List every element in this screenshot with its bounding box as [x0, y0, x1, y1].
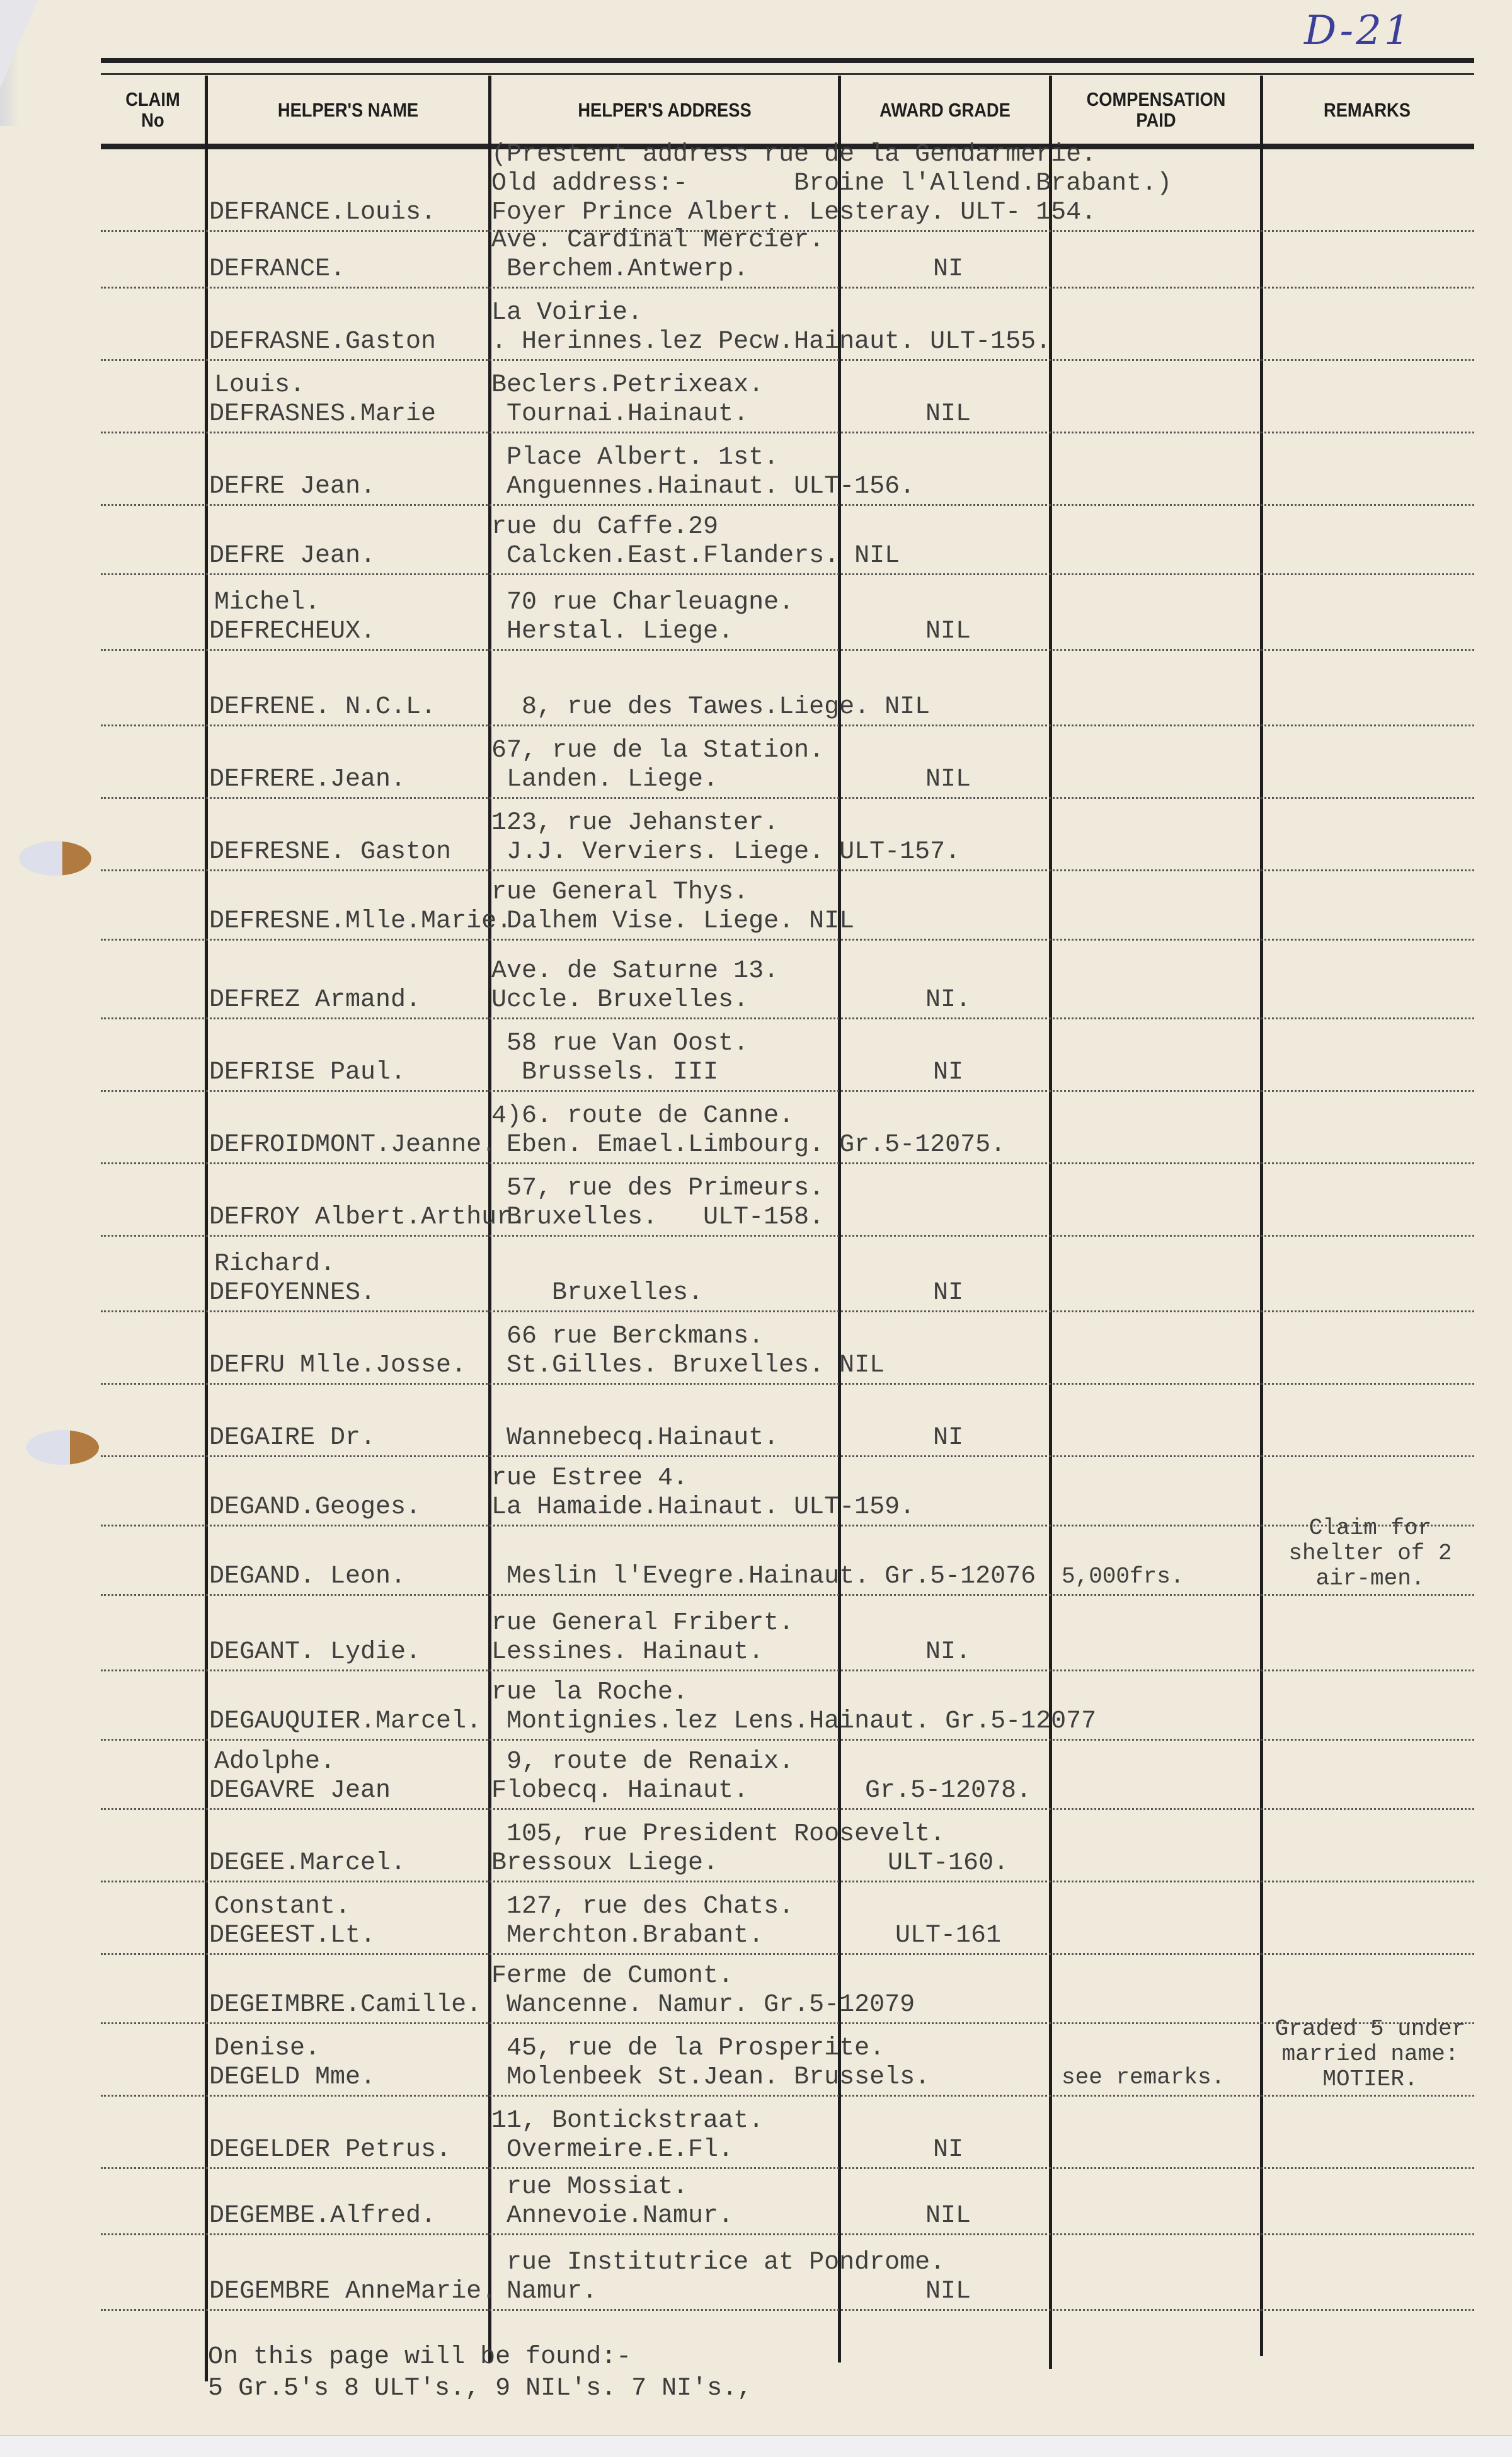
helper-address: Overmeire.E.Fl. — [491, 2136, 733, 2165]
header-rule-thin — [101, 73, 1474, 75]
table-row: Denise.DEGELD Mme. 45, rue de la Prosper… — [101, 2022, 1474, 2097]
helper-address: Foyer Prince Albert. Lesteray. ULT- 154. — [491, 198, 1096, 227]
table-row: DEFRANCE.Ave. Cardinal Mercier. Berchem.… — [101, 230, 1474, 289]
table-row: DEGANT. Lydie.rue General Fribert.Lessin… — [101, 1594, 1474, 1671]
table-row: DEGAND. Leon. Meslin l'Evegre.Hainaut. G… — [101, 1525, 1474, 1596]
column-header-helper-address: HELPER'S ADDRESS — [512, 79, 817, 142]
helper-given-name: Michel. — [214, 588, 320, 617]
table-row: DEGAUQUIER.Marcel.rue la Roche. Montigni… — [101, 1669, 1474, 1741]
helper-name: DEFRESNE.Mlle.Marie. — [209, 907, 512, 936]
award-grade: ULT-160. — [844, 1849, 1052, 1878]
table-row: DEGEIMBRE.Camille.Ferme de Cumont. Wance… — [101, 1953, 1474, 2024]
table-row: DEGEMBE.Alfred. rue Mossiat. Annevoie.Na… — [101, 2167, 1474, 2235]
helper-name: DEGEIMBRE.Camille. — [209, 1991, 481, 2020]
helper-name: DEFRANCE.Louis. — [209, 198, 436, 227]
helper-name: DEGAVRE Jean — [209, 1777, 391, 1806]
award-grade: NIL — [844, 617, 1052, 646]
helper-name: DEGEMBRE AnneMarie. — [209, 2277, 496, 2306]
table-row: DEFRENE. N.C.L. 8, rue des Tawes.Liege. … — [101, 649, 1474, 726]
helper-name: DEFRENE. N.C.L. — [209, 693, 436, 722]
helper-name: DEFRE Jean. — [209, 542, 375, 571]
helper-address-line-1: rue General Fribert. — [491, 1609, 794, 1638]
award-grade: Gr.5-12078. — [844, 1777, 1052, 1806]
column-header-helper-name: HELPER'S NAME — [225, 79, 472, 142]
helper-name: DEGELD Mme. — [209, 2063, 375, 2092]
helper-address: Bruxelles. — [491, 1279, 703, 1308]
helper-address-line-1: Ave. Cardinal Mercier. — [491, 226, 824, 255]
helper-address-line-1: 127, rue des Chats. — [491, 1893, 794, 1921]
helper-name: DEFOYENNES. — [209, 1279, 375, 1308]
helper-address-line-1: 105, rue President Roosevelt. — [491, 1820, 945, 1849]
helper-address: . Herinnes.lez Pecw.Hainaut. ULT-155. — [491, 328, 1051, 357]
helper-address: Annevoie.Namur. — [491, 2202, 733, 2231]
helper-address: Bressoux Liege. — [491, 1849, 718, 1878]
helper-address: Brussels. III — [491, 1058, 718, 1087]
table-row: DEFRESNE.Mlle.Marie.rue General Thys. Da… — [101, 869, 1474, 941]
helper-address: Wannebecq.Hainaut. — [491, 1424, 779, 1453]
award-grade: NI. — [844, 986, 1052, 1015]
helper-address-line-1: 9, route de Renaix. — [491, 1748, 794, 1777]
helper-address-line-1: 58 rue Van Oost. — [491, 1029, 748, 1058]
helper-address: Anguennes.Hainaut. ULT-156. — [491, 472, 915, 501]
helper-address: Meslin l'Evegre.Hainaut. Gr.5-12076 — [491, 1562, 1036, 1591]
award-grade: NI — [844, 1424, 1052, 1453]
helper-given-name: Louis. — [214, 371, 305, 400]
helper-address: J.J. Verviers. Liege. ULT-157. — [491, 838, 960, 867]
helper-given-name: Constant. — [214, 1893, 350, 1921]
helper-name: DEGELDER Petrus. — [209, 2136, 451, 2165]
helper-name: DEGANT. Lydie. — [209, 1638, 421, 1667]
helper-address-line-1: 70 rue Charleuagne. — [491, 588, 794, 617]
punch-hole-bottom — [26, 1430, 99, 1465]
column-header-award-grade: AWARD GRADE — [854, 79, 1036, 142]
helper-name: DEFROY Albert.Arthur. — [209, 1203, 527, 1232]
page-fold-corner — [0, 0, 38, 88]
helper-address: Namur. — [491, 2277, 597, 2306]
helper-address-line-1: Old address:- Broine l'Allend.Brabant.) — [491, 169, 1172, 198]
helper-address-line-1: 4)6. route de Canne. — [491, 1102, 794, 1131]
table-row: Adolphe.DEGAVRE Jean 9, route de Renaix.… — [101, 1739, 1474, 1810]
helper-address: La Hamaide.Hainaut. ULT-159. — [491, 1493, 915, 1522]
helper-address-line-1: Ave. de Saturne 13. — [491, 957, 779, 986]
helper-address: Herstal. Liege. — [491, 617, 733, 646]
table-row: Michel.DEFRECHEUX. 70 rue Charleuagne. H… — [101, 573, 1474, 651]
column-header-remarks: REMARKS — [1276, 79, 1458, 142]
column-header-claim-no: CLAIM No — [107, 79, 198, 142]
page-reference-handwritten: D-21 — [1304, 8, 1412, 54]
helper-address: Dalhem Vise. Liege. NIL — [491, 907, 854, 936]
helper-name: DEFRASNES.Marie — [209, 400, 436, 429]
document-sheet: D-21 CLAIM No HELPER'S NAME HELPER'S ADD… — [0, 0, 1512, 2436]
helper-address: Molenbeek St.Jean. Brussels. — [491, 2063, 930, 2092]
helper-address-line-1: 45, rue de la Prosperite. — [491, 2034, 885, 2063]
helper-address-line-1: Beclers.Petrixeax. — [491, 371, 764, 400]
table-row: DEGAIRE Dr. Wannebecq.Hainaut.NI — [101, 1383, 1474, 1457]
helper-name: DEFRISE Paul. — [209, 1058, 406, 1087]
helper-name: DEFRASNE.Gaston — [209, 328, 436, 357]
award-grade: NI. — [844, 1638, 1052, 1667]
table-row: DEFRASNE.GastonLa Voirie.. Herinnes.lez … — [101, 287, 1474, 361]
award-grade: NI — [844, 255, 1052, 284]
award-grade: NIL — [844, 2277, 1052, 2306]
award-grade: NIL — [844, 765, 1052, 794]
helper-address-line-1: 123, rue Jehanster. — [491, 809, 779, 838]
table-row: DEFRERE.Jean.67, rue de la Station. Land… — [101, 724, 1474, 799]
helper-name: DEGAIRE Dr. — [209, 1424, 375, 1453]
helper-address-line-1: Place Albert. 1st. — [491, 444, 779, 472]
helper-name: DEGEMBE.Alfred. — [209, 2202, 436, 2231]
helper-given-name: Adolphe. — [214, 1748, 335, 1777]
table-row: DEFRISE Paul. 58 rue Van Oost. Brussels.… — [101, 1017, 1474, 1092]
helper-address: Berchem.Antwerp. — [491, 255, 748, 284]
helper-address-line-1: La Voirie. — [491, 299, 643, 328]
table-row: DEFREZ Armand.Ave. de Saturne 13.Uccle. … — [101, 939, 1474, 1019]
helper-name: DEFREZ Armand. — [209, 986, 421, 1015]
helper-address-line-1: 57, rue des Primeurs. — [491, 1174, 824, 1203]
helper-given-name: Richard. — [214, 1250, 335, 1279]
table-row: DEGEMBRE AnneMarie. rue Institutrice at … — [101, 2233, 1474, 2311]
helper-address-line-1: rue Mossiat. — [491, 2173, 688, 2202]
remarks: Claim for shelter of 2 air-men. — [1266, 1516, 1474, 1591]
helper-given-name: Denise. — [214, 2034, 320, 2063]
helper-name: DEGEE.Marcel. — [209, 1849, 406, 1878]
summary-line-2: 5 Gr.5's 8 ULT's., 9 NIL's. 7 NI's., — [208, 2374, 752, 2404]
summary-line-1: On this page will be found:- — [208, 2342, 631, 2373]
table-row: DEFRESNE. Gaston123, rue Jehanster. J.J.… — [101, 797, 1474, 871]
helper-name: DEGAND. Leon. — [209, 1562, 406, 1591]
helper-address: St.Gilles. Bruxelles. NIL — [491, 1351, 885, 1380]
table-row: DEFROY Albert.Arthur. 57, rue des Primeu… — [101, 1162, 1474, 1237]
helper-address: Flobecq. Hainaut. — [491, 1777, 748, 1806]
helper-address: Bruxelles. ULT-158. — [491, 1203, 824, 1232]
helper-address-line-1: Ferme de Cumont. — [491, 1962, 733, 1991]
helper-address: Uccle. Bruxelles. — [491, 986, 748, 1015]
column-header-compensation-paid: COMPENSATION PAID — [1065, 79, 1247, 142]
helper-address-line-0: (Prestent address rue de la Gendarmerie. — [491, 140, 1096, 169]
helper-address-line-1: rue du Caffe.29 — [491, 513, 718, 542]
award-grade: NIL — [844, 400, 1052, 429]
table-row: DEFRE Jean.rue du Caffe.29 Calcken.East.… — [101, 504, 1474, 575]
helper-name: DEGAND.Geoges. — [209, 1493, 421, 1522]
helper-address: Wancenne. Namur. Gr.5-12079 — [491, 1991, 915, 2020]
helper-name: DEFRANCE. — [209, 255, 345, 284]
helper-name: DEFRE Jean. — [209, 472, 375, 501]
helper-address-line-1: 11, Bontickstraat. — [491, 2107, 764, 2136]
helper-address-line-1: rue General Thys. — [491, 878, 748, 907]
helper-address: Merchton.Brabant. — [491, 1921, 764, 1950]
helper-name: DEFRECHEUX. — [209, 617, 375, 646]
table-row: DEFRU Mlle.Josse. 66 rue Berckmans. St.G… — [101, 1310, 1474, 1385]
helper-address: Montignies.lez Lens.Hainaut. Gr.5-12077 — [491, 1707, 1096, 1736]
helper-address: 8, rue des Tawes.Liege. NIL — [491, 693, 930, 722]
award-grade: NI — [844, 2136, 1052, 2165]
award-grade: ULT-161 — [844, 1921, 1052, 1950]
table-row: DEGELDER Petrus.11, Bontickstraat. Overm… — [101, 2095, 1474, 2169]
helper-address-line-1: rue Institutrice at Pondrome. — [491, 2248, 945, 2277]
punch-hole-top — [19, 841, 91, 876]
helper-name: DEFRU Mlle.Josse. — [209, 1351, 466, 1380]
helper-name: DEGAUQUIER.Marcel. — [209, 1707, 481, 1736]
helper-address: Calcken.East.Flanders. NIL — [491, 542, 900, 571]
helper-name: DEFRERE.Jean. — [209, 765, 406, 794]
table-row: Richard.DEFOYENNES. Bruxelles.NI — [101, 1235, 1474, 1312]
top-rule — [101, 58, 1474, 63]
helper-address-line-1: rue la Roche. — [491, 1678, 688, 1707]
helper-address: Tournai.Hainaut. — [491, 400, 748, 429]
helper-address: Lessines. Hainaut. — [491, 1638, 764, 1667]
table-row: Constant.DEGEEST.Lt. 127, rue des Chats.… — [101, 1881, 1474, 1955]
table-row: Louis.DEFRASNES.MarieBeclers.Petrixeax. … — [101, 359, 1474, 433]
award-grade: NIL — [844, 2202, 1052, 2231]
helper-address-line-1: rue Estree 4. — [491, 1464, 688, 1493]
helper-address-line-1: 67, rue de la Station. — [491, 736, 824, 765]
table-row: DEFROIDMONT.Jeanne.4)6. route de Canne. … — [101, 1090, 1474, 1164]
award-grade: NI — [844, 1279, 1052, 1308]
compensation-paid: see remarks. — [1062, 2063, 1225, 2092]
award-grade: NI — [844, 1058, 1052, 1087]
helper-address: Eben. Emael.Limbourg. Gr.5-12075. — [491, 1131, 1005, 1160]
table-row: DEFRANCE.Louis.(Prestent address rue de … — [101, 149, 1474, 232]
table-row: DEFRE Jean. Place Albert. 1st. Anguennes… — [101, 432, 1474, 506]
helper-name: DEGEEST.Lt. — [209, 1921, 375, 1950]
helper-address: Landen. Liege. — [491, 765, 718, 794]
helper-name: DEFRESNE. Gaston — [209, 838, 451, 867]
table-row: DEGEE.Marcel. 105, rue President Rooseve… — [101, 1808, 1474, 1882]
helper-address-line-1: 66 rue Berckmans. — [491, 1322, 764, 1351]
remarks: Graded 5 under married name: MOTIER. — [1266, 2017, 1474, 2092]
helper-name: DEFROIDMONT.Jeanne. — [209, 1131, 496, 1160]
compensation-paid: 5,000frs. — [1062, 1562, 1184, 1591]
